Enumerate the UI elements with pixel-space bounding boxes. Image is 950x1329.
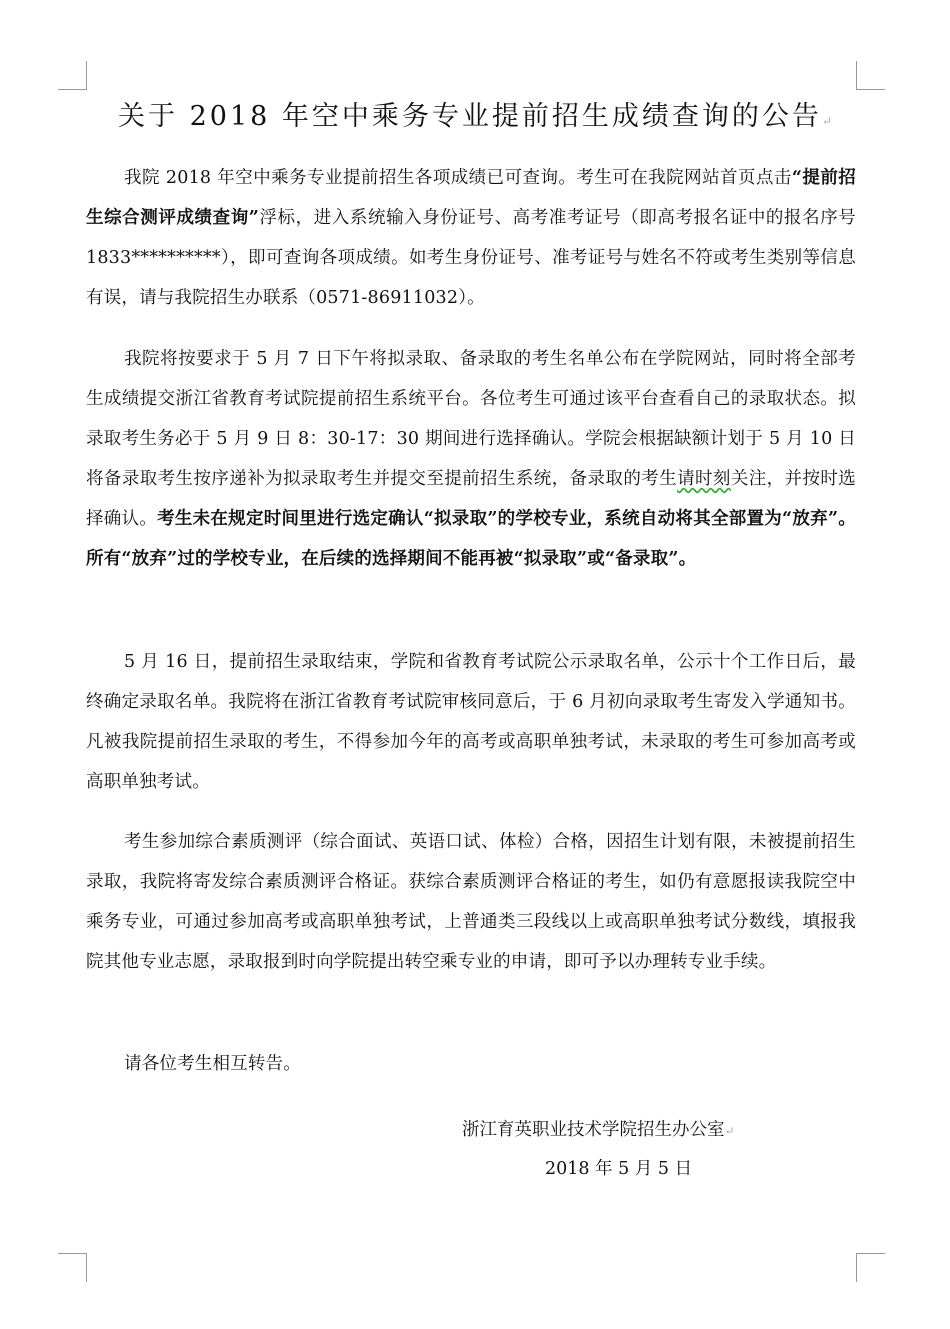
- office-name: 浙江育英职业技术学院招生办公室: [462, 1120, 725, 1140]
- paragraph-closing: 请各位考生相互转告。: [86, 1044, 856, 1084]
- paragraph-admission-process: 我院将按要求于 5 月 7 日下午将拟录取、备录取的考生名单公布在学院网站，同时…: [86, 339, 856, 579]
- page-corner-marker-bottom-right: [856, 1253, 885, 1282]
- page-corner-marker-bottom-left: [58, 1253, 87, 1282]
- paragraph-text: 我院将按要求于 5 月 7 日下午将拟录取、备录取的考生名单公布在学院网站，同时…: [86, 349, 856, 489]
- page-corner-marker-top-left: [58, 61, 87, 90]
- paragraph-mark-icon: ↵: [822, 114, 832, 128]
- paragraph-text: 考生参加综合素质测评（综合面试、英语口试、体检）合格，因招生计划有限，未被提前招…: [86, 832, 856, 972]
- signature-office: 浙江育英职业技术学院招生办公室↵: [462, 1116, 735, 1141]
- signature-date: 2018 年 5 月 5 日: [545, 1155, 692, 1180]
- page-corner-marker-top-right: [856, 61, 885, 90]
- paragraph-text: 5 月 16 日，提前招生录取结束，学院和省教育考试院公示录取名单，公示十个工作…: [86, 652, 856, 792]
- paragraph-text: 请各位考生相互转告。: [124, 1054, 301, 1074]
- bold-warning-text: 考生未在规定时间里进行选定确认“拟录取”的学校专业，系统自动将其全部置为“放弃”…: [86, 509, 856, 569]
- paragraph-admission-end: 5 月 16 日，提前招生录取结束，学院和省教育考试院公示录取名单，公示十个工作…: [86, 642, 856, 802]
- document-title: 关于 2018 年空中乘务专业提前招生成绩查询的公告↵: [0, 94, 950, 133]
- date-text: 2018 年 5 月 5 日: [545, 1159, 692, 1179]
- paragraph-text: 我院 2018 年空中乘务专业提前招生各项成绩已可查询。考生可在我院网站首页点击: [124, 168, 792, 188]
- paragraph-mark-icon: ↵: [725, 1124, 735, 1138]
- title-text: 关于 2018 年空中乘务专业提前招生成绩查询的公告: [118, 101, 822, 132]
- spellcheck-underlined-text: 请时刻: [677, 469, 731, 489]
- paragraph-query-info: 我院 2018 年空中乘务专业提前招生各项成绩已可查询。考生可在我院网站首页点击…: [86, 158, 856, 318]
- paragraph-qualification-certificate: 考生参加综合素质测评（综合面试、英语口试、体检）合格，因招生计划有限，未被提前招…: [86, 822, 856, 982]
